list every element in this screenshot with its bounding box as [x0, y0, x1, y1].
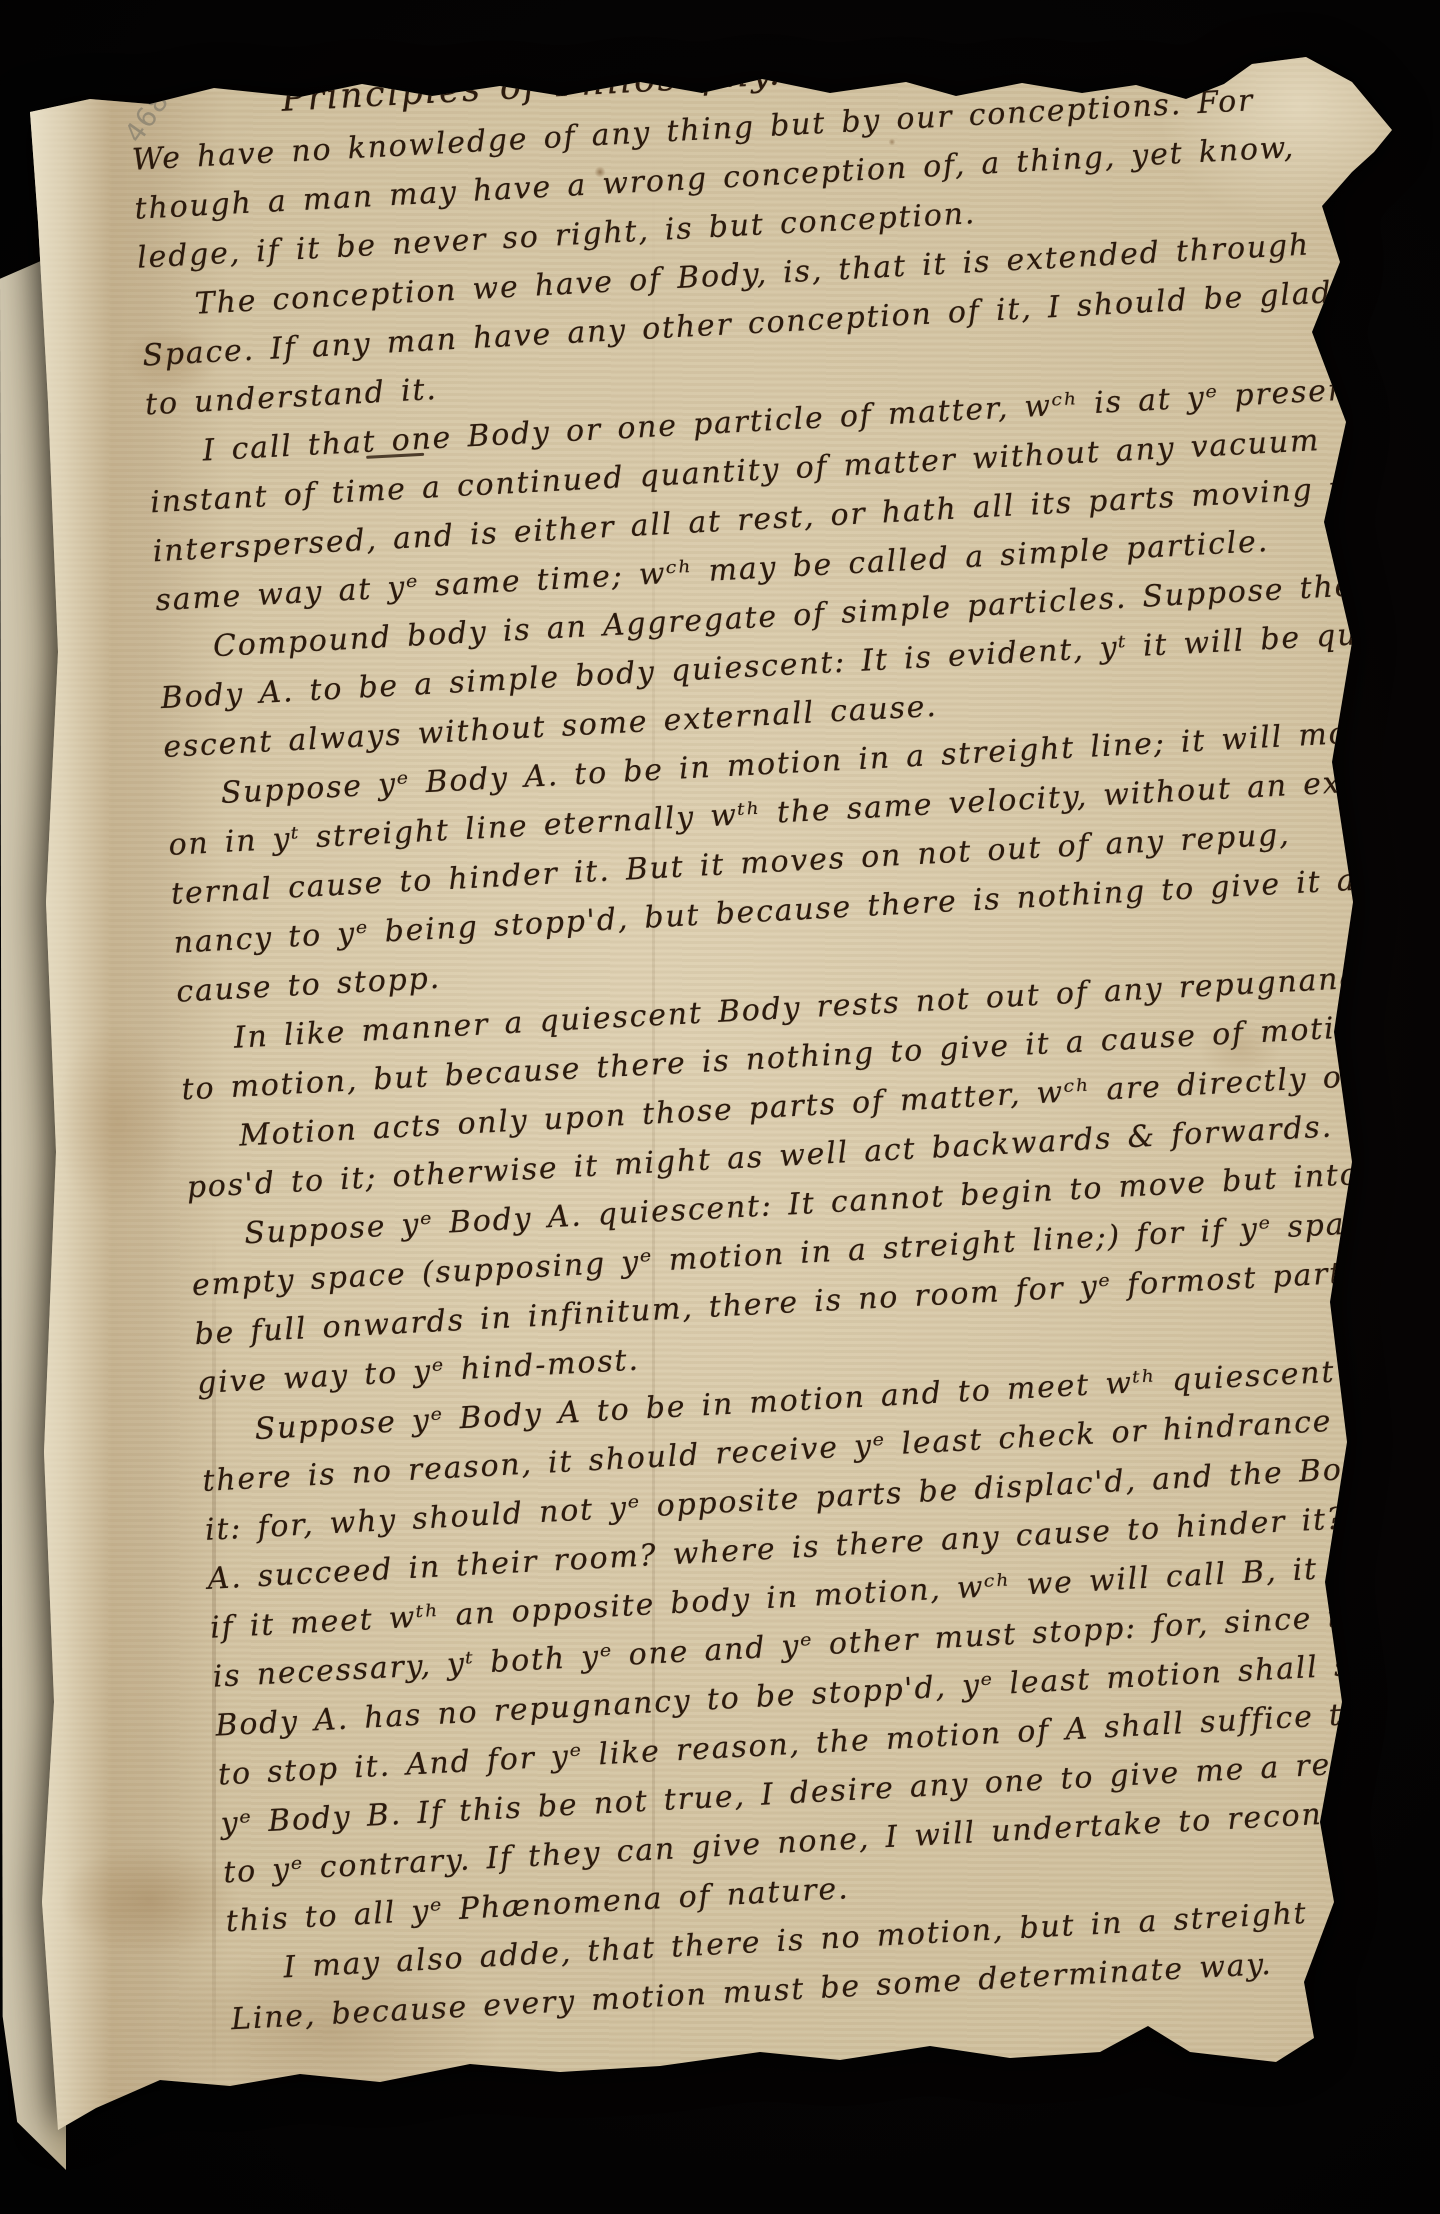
manuscript-page: 468 Principles of Philosophy. We have no…: [0, 0, 1440, 2214]
manuscript-text: Principles of Philosophy. We have no kno…: [128, 20, 1440, 2045]
paragraph: Suppose yᵉ Body A to be in motion and to…: [199, 1344, 1438, 1947]
paper-sheet: 468 Principles of Philosophy. We have no…: [0, 0, 1440, 2214]
photo-background: 468 Principles of Philosophy. We have no…: [0, 0, 1440, 2214]
